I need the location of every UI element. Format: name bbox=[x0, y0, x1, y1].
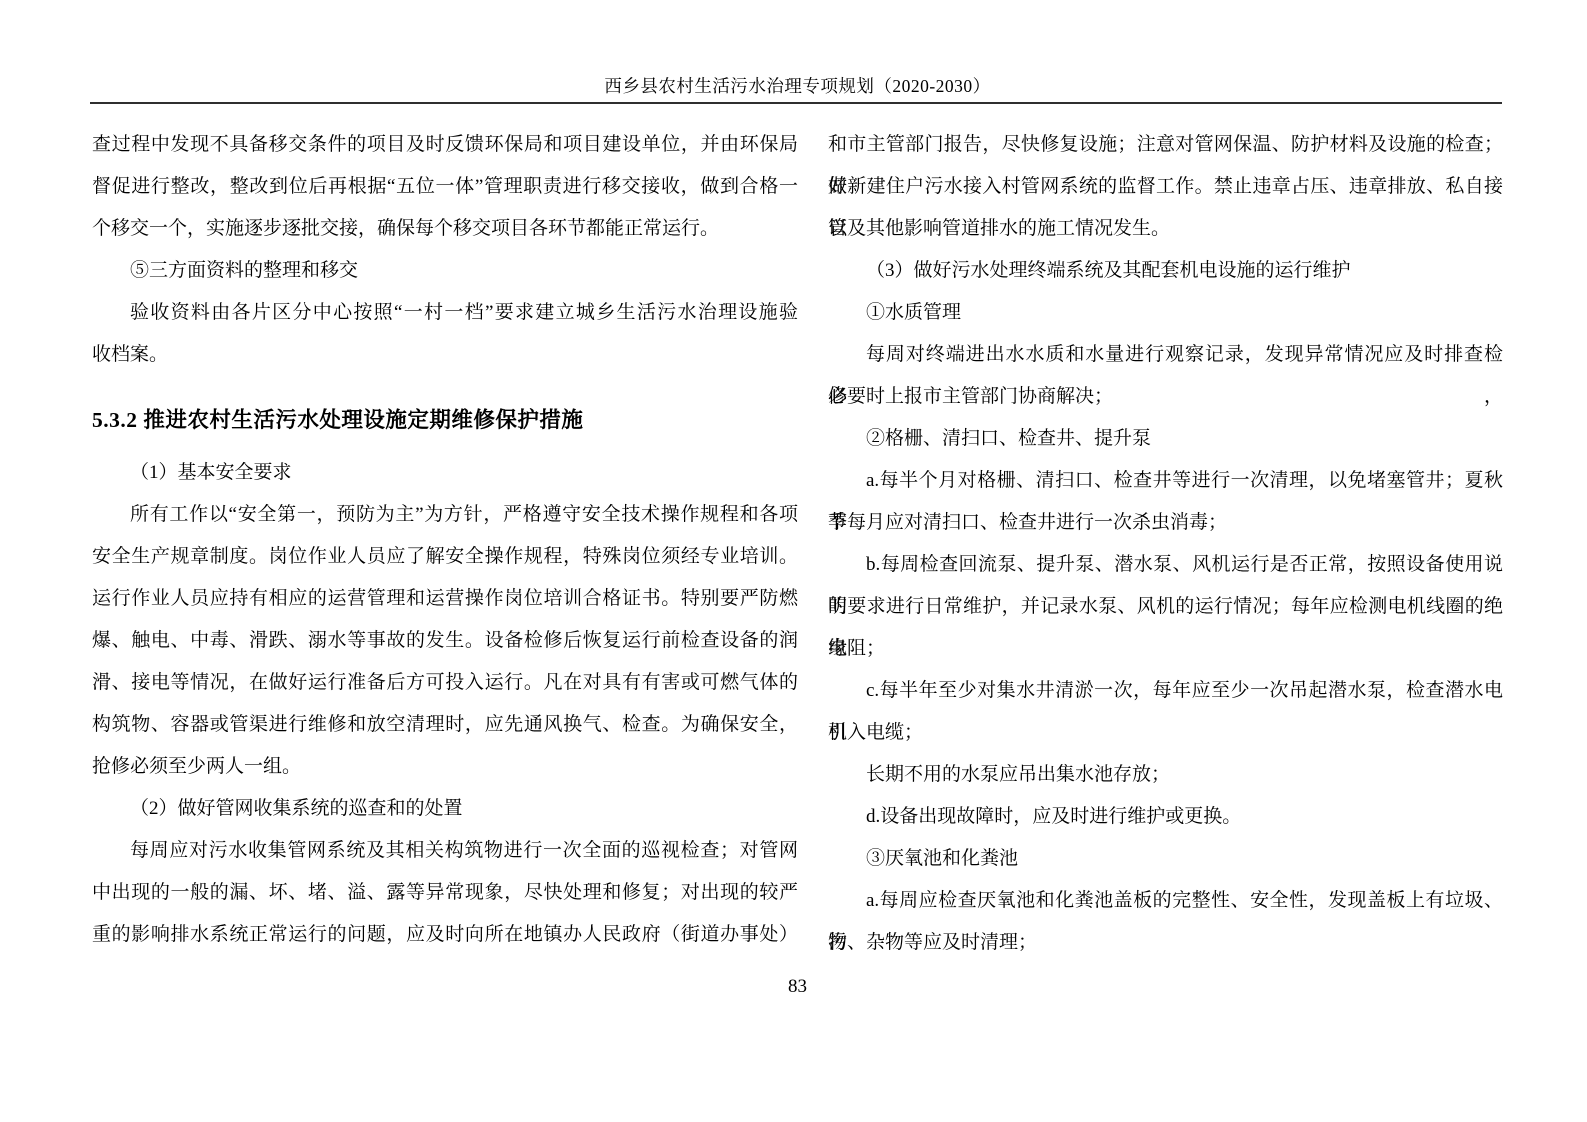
text-line: ①水质管理 bbox=[828, 292, 1503, 334]
text-line: 电阻； bbox=[828, 628, 1503, 670]
text-line: 收档案。 bbox=[92, 334, 798, 376]
text-line: 抢修必须至少两人一组。 bbox=[92, 746, 798, 788]
text-line: 和市主管部门报告，尽快修复设施；注意对管网保温、防护材料及设施的检查；做 bbox=[828, 124, 1503, 166]
text-line: 每周应对污水收集管网系统及其相关构筑物进行一次全面的巡视检查；对管网 bbox=[92, 830, 798, 872]
text-line: （2）做好管网收集系统的巡查和的处置 bbox=[92, 788, 798, 830]
left-column: 查过程中发现不具备移交条件的项目及时反馈环保局和项目建设单位，并由环保局督促进行… bbox=[92, 124, 798, 956]
text-line: 验收资料由各片区分中心按照“一村一档”要求建立城乡生活污水治理设施验 bbox=[92, 292, 798, 334]
text-line: 节每月应对清扫口、检查井进行一次杀虫消毒； bbox=[828, 502, 1503, 544]
text-line: 物、杂物等应及时清理； bbox=[828, 922, 1503, 964]
section-heading: 5.3.2 推进农村生活污水处理设施定期维修保护措施 bbox=[92, 396, 798, 444]
text-line: 所有工作以“安全第一，预防为主”为方针，严格遵守安全技术操作规程和各项 bbox=[92, 494, 798, 536]
page-body: 查过程中发现不具备移交条件的项目及时反馈环保局和项目建设单位，并由环保局督促进行… bbox=[92, 124, 1503, 964]
text-line: 重的影响排水系统正常运行的问题，应及时向所在地镇办人民政府（街道办事处） bbox=[92, 914, 798, 956]
text-line: 中出现的一般的漏、坏、堵、溢、露等异常现象，尽快处理和修复；对出现的较严 bbox=[92, 872, 798, 914]
text-line: 滑、接电等情况，在做好运行准备后方可投入运行。凡在对具有有害或可燃气体的 bbox=[92, 662, 798, 704]
text-line: 好新建住户污水接入村管网系统的监督工作。禁止违章占压、违章排放、私自接管 bbox=[828, 166, 1503, 208]
text-line: 安全生产规章制度。岗位作业人员应了解安全操作规程，特殊岗位须经专业培训。 bbox=[92, 536, 798, 578]
text-line: ②格栅、清扫口、检查井、提升泵 bbox=[828, 418, 1503, 460]
text-line: （3）做好污水处理终端系统及其配套机电设施的运行维护 bbox=[828, 250, 1503, 292]
text-line: a.每周应检查厌氧池和化粪池盖板的完整性、安全性，发现盖板上有垃圾、污 bbox=[828, 880, 1503, 922]
text-line: 以及其他影响管道排水的施工情况发生。 bbox=[828, 208, 1503, 250]
text-line: （1）基本安全要求 bbox=[92, 452, 798, 494]
text-line: 的要求进行日常维护，并记录水泵、风机的运行情况；每年应检测电机线圈的绝缘 bbox=[828, 586, 1503, 628]
text-line: 查过程中发现不具备移交条件的项目及时反馈环保局和项目建设单位，并由环保局 bbox=[92, 124, 798, 166]
text-line: 每周对终端进出水水质和水量进行观察记录，发现异常情况应及时排查检修， bbox=[828, 334, 1503, 376]
text-line: 长期不用的水泵应吊出集水池存放； bbox=[828, 754, 1503, 796]
text-line: 爆、触电、中毒、滑跌、溺水等事故的发生。设备检修后恢复运行前检查设备的润 bbox=[92, 620, 798, 662]
text-line: c.每半年至少对集水井清淤一次，每年应至少一次吊起潜水泵，检查潜水电机 bbox=[828, 670, 1503, 712]
text-line: ③厌氧池和化粪池 bbox=[828, 838, 1503, 880]
text-line: d.设备出现故障时，应及时进行维护或更换。 bbox=[828, 796, 1503, 838]
page-number: 83 bbox=[92, 966, 1503, 1008]
text-line: 运行作业人员应持有相应的运营管理和运营操作岗位培训合格证书。特别要严防燃 bbox=[92, 578, 798, 620]
header-rule bbox=[90, 102, 1502, 104]
text-line: 个移交一个，实施逐步逐批交接，确保每个移交项目各环节都能正常运行。 bbox=[92, 208, 798, 250]
text-line: 督促进行整改，整改到位后再根据“五位一体”管理职责进行移交接收，做到合格一 bbox=[92, 166, 798, 208]
text-line: a.每半个月对格栅、清扫口、检查井等进行一次清理，以免堵塞管井；夏秋季 bbox=[828, 460, 1503, 502]
text-line: ⑤三方面资料的整理和移交 bbox=[92, 250, 798, 292]
text-line: b.每周检查回流泵、提升泵、潜水泵、风机运行是否正常，按照设备使用说明 bbox=[828, 544, 1503, 586]
document-page: { "header": { "title": "西乡县农村生活污水治理专项规划（… bbox=[0, 0, 1587, 1122]
header-title: 西乡县农村生活污水治理专项规划（2020-2030） bbox=[92, 74, 1503, 98]
text-line: 引入电缆； bbox=[828, 712, 1503, 754]
right-column: 和市主管部门报告，尽快修复设施；注意对管网保温、防护材料及设施的检查；做好新建住… bbox=[828, 124, 1503, 964]
text-line: 构筑物、容器或管渠进行维修和放空清理时，应先通风换气、检查。为确保安全， bbox=[92, 704, 798, 746]
